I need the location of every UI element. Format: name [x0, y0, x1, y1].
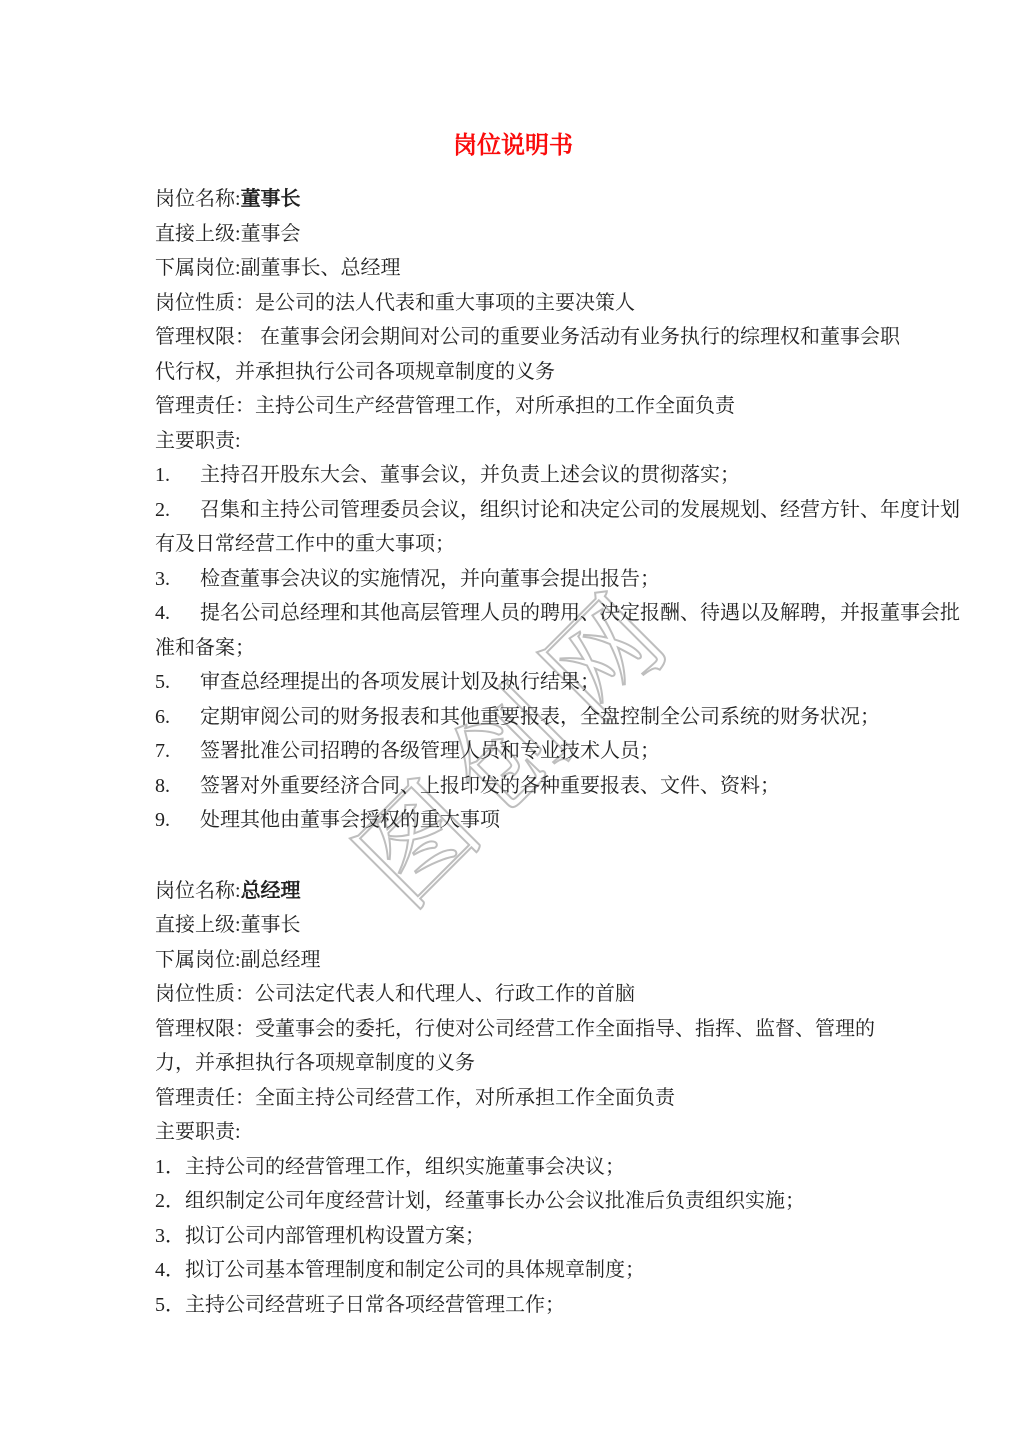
list-item-text: 处理其他由董事会授权的重大事项 — [200, 809, 500, 831]
document-page: 图创网 岗位说明书 岗位名称:董事长直接上级:董事会下属岗位:副董事长、总经理岗… — [0, 0, 1024, 1448]
list-item-number: 5． — [155, 1294, 185, 1316]
list-item-text: 签署对外重要经济合同、上报印发的各种重要报表、文件、资料； — [200, 775, 780, 797]
field-line: 管理权限：受董事会的委托，行使对公司经营工作全面指导、指挥、监督、管理的 — [155, 1012, 871, 1047]
field-value: 在董事会闭会期间对公司的重要业务活动有业务执行的综理权和董事会职 — [255, 326, 900, 348]
list-item-number: 8. — [155, 769, 200, 804]
document-title: 岗位说明书 — [155, 130, 871, 162]
list-item: 5.审查总经理提出的各项发展计划及执行结果； — [155, 665, 871, 700]
list-item: 1．主持公司的经营管理工作，组织实施董事会决议； — [155, 1150, 871, 1185]
field-line: 管理责任：主持公司生产经营管理工作，对所承担的工作全面负责 — [155, 389, 871, 424]
field-label: 岗位性质： — [155, 983, 255, 1005]
list-item-text: 组织制定公司年度经营计划，经董事长办公会议批准后负责组织实施； — [185, 1190, 805, 1212]
list-item-number: 4. — [155, 596, 200, 631]
field-value: 受董事会的委托，行使对公司经营工作全面指导、指挥、监督、管理的 — [255, 1018, 875, 1040]
field-value: 公司法定代表人和代理人、行政工作的首脑 — [255, 983, 635, 1005]
field-line: 岗位名称:董事长 — [155, 182, 871, 217]
list-item-text: 召集和主持公司管理委员会议，组织讨论和决定公司的发展规划、经营方针、年度计划 — [200, 499, 960, 521]
list-item-number: 9. — [155, 803, 200, 838]
document-body: 岗位说明书 岗位名称:董事长直接上级:董事会下属岗位:副董事长、总经理岗位性质：… — [155, 130, 871, 1322]
list-item-text: 拟订公司基本管理制度和制定公司的具体规章制度； — [185, 1259, 645, 1281]
field-value: 董事长 — [241, 188, 301, 210]
list-item: 2．组织制定公司年度经营计划，经董事长办公会议批准后负责组织实施； — [155, 1184, 871, 1219]
list-item-text: 拟订公司内部管理机构设置方案； — [185, 1225, 485, 1247]
field-line: 管理权限： 在董事会闭会期间对公司的重要业务活动有业务执行的综理权和董事会职 — [155, 320, 871, 355]
field-label: 下属岗位: — [155, 949, 241, 971]
list-item-text: 定期审阅公司的财务报表和其他重要报表，全盘控制全公司系统的财务状况； — [200, 706, 880, 728]
field-value: 总经理 — [241, 880, 301, 902]
list-item: 5．主持公司经营班子日常各项经营管理工作； — [155, 1288, 871, 1323]
field-value: 副董事长、总经理 — [241, 257, 401, 279]
list-item-text: 审查总经理提出的各项发展计划及执行结果； — [200, 671, 600, 693]
section-general-manager: 岗位名称:总经理直接上级:董事长下属岗位:副总经理岗位性质：公司法定代表人和代理… — [155, 874, 871, 1323]
list-item-number: 7. — [155, 734, 200, 769]
text-line: 力，并承担执行各项规章制度的义务 — [155, 1046, 871, 1081]
field-line: 岗位名称:总经理 — [155, 874, 871, 909]
list-item-text: 主持公司经营班子日常各项经营管理工作； — [185, 1294, 565, 1316]
field-label: 管理权限： — [155, 326, 255, 348]
list-item: 9.处理其他由董事会授权的重大事项 — [155, 803, 871, 838]
list-item-text: 签署批准公司招聘的各级管理人员和专业技术人员； — [200, 740, 660, 762]
field-label: 岗位性质： — [155, 292, 255, 314]
field-label: 管理责任： — [155, 1087, 255, 1109]
field-line: 下属岗位:副董事长、总经理 — [155, 251, 871, 286]
text-line: 主要职责: — [155, 1115, 871, 1150]
list-item-text: 主持公司的经营管理工作，组织实施董事会决议； — [185, 1156, 625, 1178]
list-item-number: 3． — [155, 1225, 185, 1247]
list-item-number: 2． — [155, 1190, 185, 1212]
field-value: 全面主持公司经营工作，对所承担工作全面负责 — [255, 1087, 675, 1109]
list-item-continuation: 有及日常经营工作中的重大事项； — [155, 527, 871, 562]
field-line: 直接上级:董事长 — [155, 908, 871, 943]
text-line: 主要职责: — [155, 424, 871, 459]
section-chairman: 岗位名称:董事长直接上级:董事会下属岗位:副董事长、总经理岗位性质：是公司的法人… — [155, 182, 871, 838]
field-value: 董事会 — [241, 223, 301, 245]
field-line: 岗位性质：是公司的法人代表和重大事项的主要决策人 — [155, 286, 871, 321]
list-item: 8.签署对外重要经济合同、上报印发的各种重要报表、文件、资料； — [155, 769, 871, 804]
field-line: 直接上级:董事会 — [155, 217, 871, 252]
list-item: 7.签署批准公司招聘的各级管理人员和专业技术人员； — [155, 734, 871, 769]
field-label: 直接上级: — [155, 223, 241, 245]
field-label: 管理权限： — [155, 1018, 255, 1040]
list-item: 4.提名公司总经理和其他高层管理人员的聘用、决定报酬、待遇以及解聘，并报董事会批 — [155, 596, 871, 631]
list-item-text: 检查董事会决议的实施情况，并向董事会提出报告； — [200, 568, 660, 590]
list-item-number: 6. — [155, 700, 200, 735]
list-item: 3．拟订公司内部管理机构设置方案； — [155, 1219, 871, 1254]
list-item-number: 1. — [155, 458, 200, 493]
field-value: 主持公司生产经营管理工作，对所承担的工作全面负责 — [255, 395, 735, 417]
field-line: 管理责任：全面主持公司经营工作，对所承担工作全面负责 — [155, 1081, 871, 1116]
field-value: 是公司的法人代表和重大事项的主要决策人 — [255, 292, 635, 314]
list-item-continuation: 准和备案； — [155, 631, 871, 666]
list-item: 1.主持召开股东大会、董事会议，并负责上述会议的贯彻落实； — [155, 458, 871, 493]
field-value: 副总经理 — [241, 949, 321, 971]
field-line: 岗位性质：公司法定代表人和代理人、行政工作的首脑 — [155, 977, 871, 1012]
list-item: 4．拟订公司基本管理制度和制定公司的具体规章制度； — [155, 1253, 871, 1288]
list-item-text: 主持召开股东大会、董事会议，并负责上述会议的贯彻落实； — [200, 464, 740, 486]
document-sections: 岗位名称:董事长直接上级:董事会下属岗位:副董事长、总经理岗位性质：是公司的法人… — [155, 182, 871, 1322]
list-item: 2.召集和主持公司管理委员会议，组织讨论和决定公司的发展规划、经营方针、年度计划 — [155, 493, 871, 528]
list-item: 6.定期审阅公司的财务报表和其他重要报表，全盘控制全公司系统的财务状况； — [155, 700, 871, 735]
field-label: 下属岗位: — [155, 257, 241, 279]
field-value: 董事长 — [241, 914, 301, 936]
list-item-number: 1． — [155, 1156, 185, 1178]
list-item-number: 4． — [155, 1259, 185, 1281]
list-item-number: 3. — [155, 562, 200, 597]
field-label: 岗位名称: — [155, 880, 241, 902]
list-item-text: 提名公司总经理和其他高层管理人员的聘用、决定报酬、待遇以及解聘，并报董事会批 — [200, 602, 960, 624]
list-item-number: 5. — [155, 665, 200, 700]
list-item: 3.检查董事会决议的实施情况，并向董事会提出报告； — [155, 562, 871, 597]
field-label: 岗位名称: — [155, 188, 241, 210]
field-label: 直接上级: — [155, 914, 241, 936]
text-line: 代行权，并承担执行公司各项规章制度的义务 — [155, 355, 871, 390]
field-label: 管理责任： — [155, 395, 255, 417]
list-item-number: 2. — [155, 493, 200, 528]
field-line: 下属岗位:副总经理 — [155, 943, 871, 978]
